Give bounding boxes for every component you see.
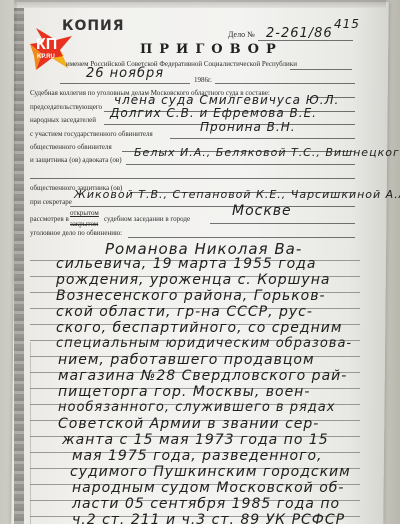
session-label: судебном заседании в городе [104, 215, 190, 223]
logo-brand: КП [36, 36, 57, 54]
body-line: нием, работавшего продавцом [58, 352, 315, 368]
body-line: ч.2 ст. 211 и ч.3 ст. 89 УК РСФСР [72, 512, 345, 524]
body-line: нообязанного, служившего в рядах [58, 400, 335, 415]
secretary-value: Жиковой Т.В., Степановой К.Е., Чарсишкин… [74, 188, 400, 201]
page-title: ПРИГОВОР [140, 42, 283, 57]
year-label: 1986г. [194, 76, 212, 84]
considered-label: рассмотрев в [30, 215, 69, 223]
body-line: ского, беспартийного, со средним [56, 320, 342, 336]
case-label: Дело № [228, 30, 255, 39]
body-line: Советской Армии в звании сер- [58, 416, 319, 432]
assessors-label: народных заседателей [30, 116, 96, 124]
chair-value: члена суда Смилгевичуса Ю.Л. [114, 93, 339, 107]
defense-value: Белых И.А., Беляковой Т.С., Вишнецкого А… [134, 146, 400, 159]
body-line: судимого Пушкинским городским [70, 464, 351, 480]
open-session-option: открытом [70, 209, 99, 217]
date-value: 26 ноября [86, 66, 164, 81]
secretary-label: при секретаре [30, 198, 72, 206]
page-left-edge [14, 8, 24, 524]
body-line: ласти 05 сентября 1985 года по [72, 496, 340, 512]
case-number: 2-261/86 [266, 26, 333, 41]
sheet-number: 415 [334, 17, 360, 31]
body-line: магазина №28 Свердловского рай- [58, 368, 347, 384]
prosecutor-label: с участием государственного обвинителя [30, 130, 153, 138]
body-line: Вознесенского района, Горьков- [56, 288, 326, 304]
body-line: народным судом Московской об- [72, 480, 344, 496]
body-line: жанта с 15 мая 1973 года по 15 [62, 432, 329, 448]
logo-subtext: KP.RU [37, 54, 55, 60]
body-line: ской области, гр-на СССР, рус- [56, 304, 313, 320]
defense-label: и защитника (ов) адвоката (ов) [30, 156, 122, 164]
prosecutor-value: Пронина В.Н. [200, 120, 296, 134]
city-value: Москве [232, 203, 292, 219]
page-top-shadow [14, 0, 386, 8]
assessors-value: Долгих С.В. и Ефремова В.Е. [110, 106, 317, 120]
copy-label: КОПИЯ [62, 18, 125, 34]
body-line: пищеторга гор. Москвы, воен- [58, 384, 310, 400]
body-line: сильевича, 19 марта 1955 года [56, 256, 316, 272]
public-prosecutor-label: общественного обвинителя [30, 143, 112, 151]
body-line: рождения, уроженца с. Коршуна [56, 272, 330, 288]
chair-label: председательствующего [30, 103, 102, 111]
closed-session-option: закрытом [70, 220, 98, 228]
charge-label: уголовное дело по обвинению: [30, 229, 122, 237]
body-line: специальным юридическим образова- [56, 336, 352, 351]
body-line: мая 1975 года, разведенного, [72, 448, 322, 464]
margin-line [30, 342, 31, 524]
